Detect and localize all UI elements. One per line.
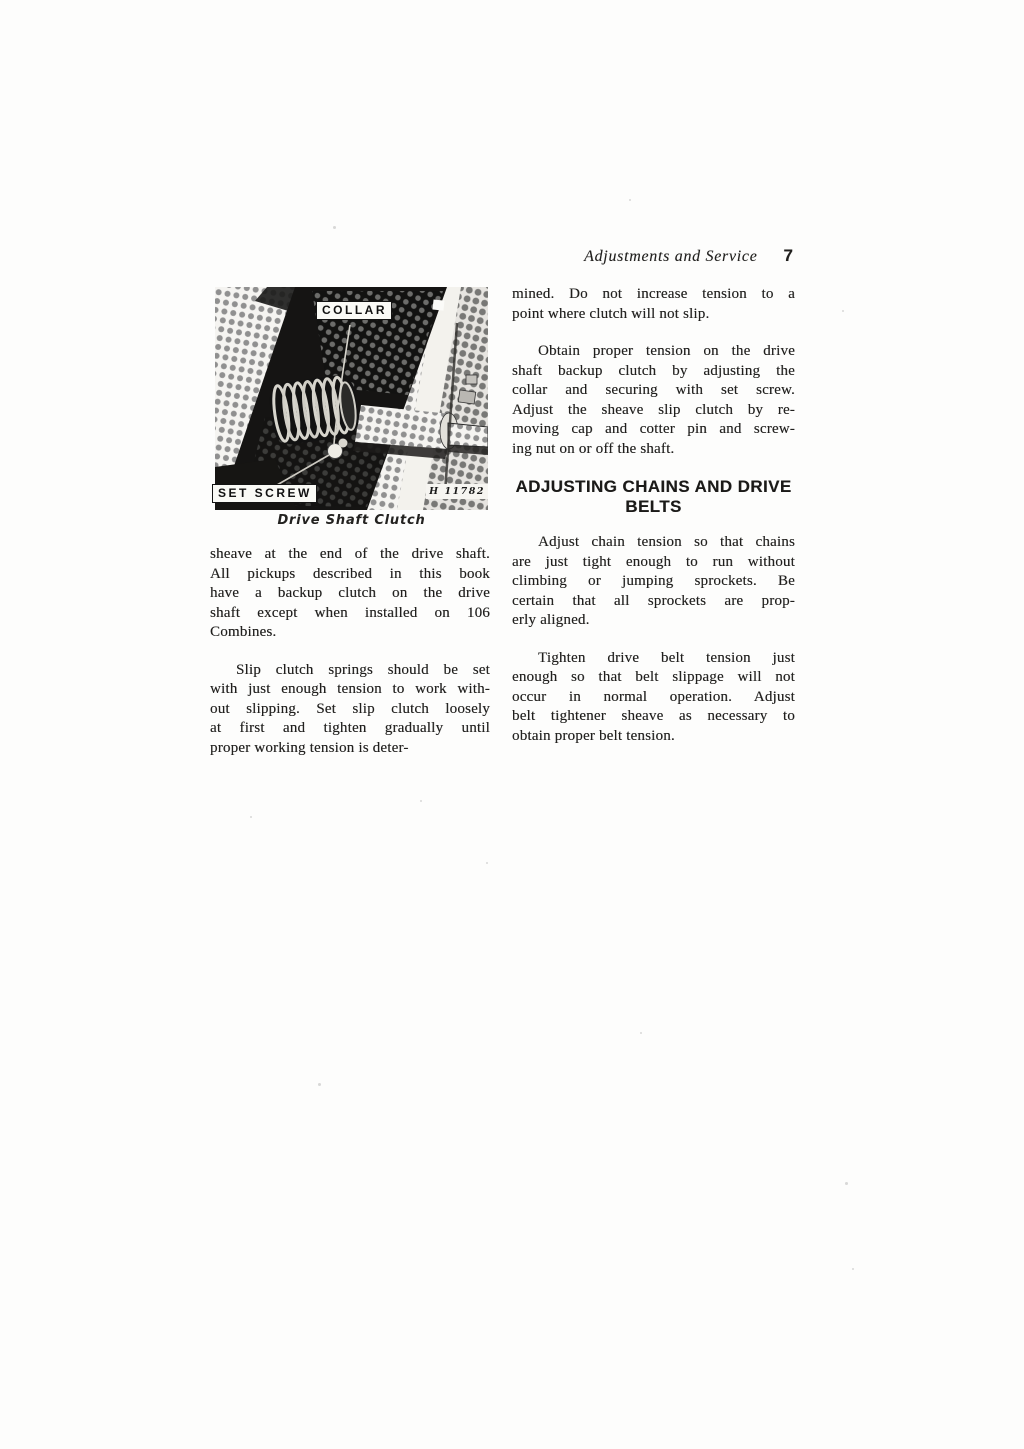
scan-speck — [845, 1182, 848, 1185]
scan-speck — [420, 800, 422, 802]
text-line: have a backup clutch on the drive — [210, 584, 490, 604]
text-line: moving cap and cotter pin and screw- — [512, 420, 795, 440]
text-line: certain that all sprockets are prop- — [512, 592, 795, 612]
paragraph: Obtain proper tension on the driveshaft … — [512, 342, 795, 459]
text-line: Combines. — [210, 623, 490, 643]
running-header: Adjustments and Service 7 — [512, 246, 795, 266]
text-line: climbing or jumping sprockets. Be — [512, 572, 795, 592]
page-number: 7 — [784, 246, 793, 266]
text-line: occur in normal operation. Adjust — [512, 688, 795, 708]
scan-speck — [486, 862, 488, 864]
set-screw-callout-label: SET SCREW — [212, 484, 317, 503]
text-column-right: mined. Do not increase tension to apoint… — [512, 285, 795, 764]
scan-speck — [318, 1083, 321, 1086]
scan-speck — [629, 199, 631, 201]
text-line: mined. Do not increase tension to a — [512, 285, 795, 305]
text-line: collar and securing with set screw. — [512, 381, 795, 401]
figure-drive-shaft-clutch: COLLAR SET SCREW H 11782 — [215, 287, 488, 510]
collar-callout-label: COLLAR — [316, 301, 392, 320]
text-line: Tighten drive belt tension just — [512, 649, 795, 669]
photo-id-label: H 11782 — [426, 484, 488, 499]
text-line: Slip clutch springs should be set — [210, 661, 490, 681]
text-line: enough so that belt slippage will not — [512, 668, 795, 688]
scan-speck — [250, 816, 252, 818]
text-line: are just tight enough to run without — [512, 553, 795, 573]
text-line: belt tightener sheave as necessary to — [512, 707, 795, 727]
scan-speck — [842, 310, 844, 312]
text-line: obtain proper belt tension. — [512, 727, 795, 747]
text-column-left: sheave at the end of the drive shaft.All… — [210, 545, 490, 776]
halftone-photo — [215, 287, 488, 510]
paragraph: Slip clutch springs should be setwith ju… — [210, 661, 490, 759]
text-line: Adjust chain tension so that chains — [512, 533, 795, 553]
text-line: ing nut on or off the shaft. — [512, 440, 795, 460]
text-line: shaft except when installed on 106 — [210, 604, 490, 624]
text-line: at first and tighten gradually until — [210, 719, 490, 739]
heading-line: BELTS — [512, 497, 795, 517]
text-line: Obtain proper tension on the drive — [512, 342, 795, 362]
scan-speck — [333, 226, 336, 229]
clutch-spring — [267, 373, 361, 446]
text-line: with just enough tension to work with- — [210, 680, 490, 700]
scan-speck — [640, 1032, 642, 1034]
paragraph: Tighten drive belt tension justenough so… — [512, 649, 795, 747]
text-line: point where clutch will not slip. — [512, 305, 795, 325]
paragraph: mined. Do not increase tension to apoint… — [512, 285, 795, 324]
figure-caption: Drive Shaft Clutch — [215, 513, 488, 528]
text-line: sheave at the end of the drive shaft. — [210, 545, 490, 565]
text-line: All pickups described in this book — [210, 565, 490, 585]
text-line: out slipping. Set slip clutch loosely — [210, 700, 490, 720]
heading-line: ADJUSTING CHAINS AND DRIVE — [512, 477, 795, 497]
text-line: Adjust the sheave slip clutch by re- — [512, 401, 795, 421]
scan-speck — [852, 1268, 854, 1270]
section-heading: ADJUSTING CHAINS AND DRIVEBELTS — [512, 477, 795, 516]
text-line: proper working tension is deter- — [210, 739, 490, 759]
paragraph: Adjust chain tension so that chainsare j… — [512, 533, 795, 631]
manual-page: Adjustments and Service 7 — [0, 0, 1024, 1449]
text-line: shaft backup clutch by adjusting the — [512, 362, 795, 382]
paragraph: sheave at the end of the drive shaft.All… — [210, 545, 490, 643]
running-title: Adjustments and Service — [584, 248, 757, 266]
text-line: erly aligned. — [512, 611, 795, 631]
